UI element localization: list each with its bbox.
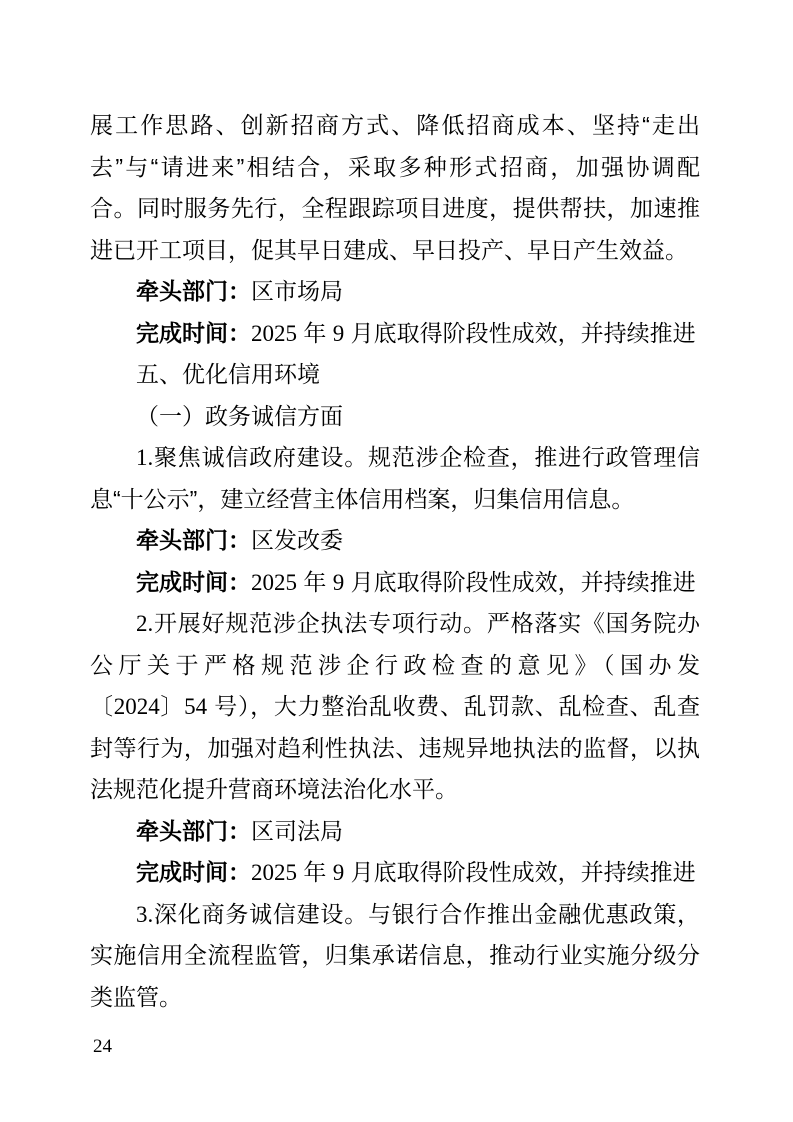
- text-run: 公厅关于严格规范涉企行政检查的意见》（国办发: [90, 652, 700, 678]
- numeral: 1.: [136, 445, 153, 470]
- numeral: 2025: [251, 860, 297, 885]
- text-line: 1.聚焦诚信政府建设。规范涉企检查，推进行政管理信: [90, 437, 700, 479]
- text-run: 年: [297, 320, 333, 346]
- text-line: 合。同时服务先行，全程跟踪项目进度，提供帮扶，加速推: [90, 188, 700, 230]
- numeral: 2.: [136, 611, 153, 636]
- text-run: 区司法局: [251, 818, 343, 844]
- text-run: 类监管。: [90, 984, 182, 1010]
- text-run: 月底取得阶段性成效，并持续推进: [344, 320, 695, 346]
- field-label: 完成时间：: [136, 859, 251, 885]
- text-line: 公厅关于严格规范涉企行政检查的意见》（国办发: [90, 645, 700, 687]
- text-line: 封等行为，加强对趋利性执法、违规异地执法的监督，以执: [90, 728, 700, 770]
- numeral: 3.: [136, 902, 153, 927]
- text-run: 号），大力整治乱收费、乱罚款、乱检查、乱查: [207, 693, 700, 719]
- numeral: 2025: [251, 321, 297, 346]
- text-line: 息“十公示”，建立经营主体信用档案，归集信用信息。: [90, 479, 700, 521]
- text-run: 进已开工项目，促其早日建成、早日投产、早日产生效益。: [90, 237, 688, 263]
- text-run: 〕: [160, 693, 184, 719]
- document-body: 展工作思路、创新招商方式、降低招商成本、坚持“走出去”与“请进来”相结合，采取多…: [90, 105, 700, 1018]
- text-line: 牵头部门：区司法局: [90, 811, 700, 853]
- text-line: 牵头部门：区发改委: [90, 520, 700, 562]
- text-run: 合。同时服务先行，全程跟踪项目进度，提供帮扶，加速推: [90, 195, 700, 221]
- text-run: 〔: [90, 693, 114, 719]
- field-label: 完成时间：: [136, 320, 251, 346]
- numeral: 54: [184, 694, 207, 719]
- text-run: 展工作思路、创新招商方式、降低招商成本、坚持“走出: [90, 112, 700, 138]
- document-page: 展工作思路、创新招商方式、降低招商成本、坚持“走出去”与“请进来”相结合，采取多…: [0, 0, 793, 1122]
- field-label: 牵头部门：: [136, 527, 251, 553]
- text-line: 法规范化提升营商环境法治化水平。: [90, 769, 700, 811]
- text-line: 2.开展好规范涉企执法专项行动。严格落实《国务院办: [90, 603, 700, 645]
- text-line: （一）政务诚信方面: [90, 396, 700, 438]
- field-label: 牵头部门：: [136, 278, 251, 304]
- text-run: 区市场局: [251, 278, 343, 304]
- text-run: 月底取得阶段性成效，并持续推进: [344, 569, 695, 595]
- page-number: 24: [93, 1036, 112, 1058]
- text-run: 去”与“请进来”相结合，采取多种形式招商，加强协调配: [90, 154, 700, 180]
- text-run: 区发改委: [251, 527, 343, 553]
- numeral: 9: [333, 321, 345, 346]
- text-line: 进已开工项目，促其早日建成、早日投产、早日产生效益。: [90, 230, 700, 272]
- text-line: 牵头部门：区市场局: [90, 271, 700, 313]
- text-line: 〔2024〕54 号），大力整治乱收费、乱罚款、乱检查、乱查: [90, 686, 700, 728]
- text-line: 展工作思路、创新招商方式、降低招商成本、坚持“走出: [90, 105, 700, 147]
- text-run: 开展好规范涉企执法专项行动。严格落实《国务院办: [153, 610, 700, 636]
- numeral: 2025: [251, 570, 297, 595]
- text-run: 封等行为，加强对趋利性执法、违规异地执法的监督，以执: [90, 735, 700, 761]
- text-line: 3.深化商务诚信建设。与银行合作推出金融优惠政策，: [90, 894, 700, 936]
- text-run: 法规范化提升营商环境法治化水平。: [90, 776, 458, 802]
- text-line: 完成时间：2025 年 9 月底取得阶段性成效，并持续推进: [90, 313, 700, 355]
- text-run: 年: [297, 859, 333, 885]
- numeral: 2024: [114, 694, 160, 719]
- text-line: 类监管。: [90, 977, 700, 1019]
- text-line: 五、优化信用环境: [90, 354, 700, 396]
- text-run: 五、优化信用环境: [136, 361, 320, 387]
- text-line: 完成时间：2025 年 9 月底取得阶段性成效，并持续推进: [90, 852, 700, 894]
- text-run: 年: [297, 569, 333, 595]
- text-run: （一）政务诚信方面: [136, 403, 343, 429]
- text-run: 聚焦诚信政府建设。规范涉企检查，推进行政管理信: [153, 444, 700, 470]
- text-line: 完成时间：2025 年 9 月底取得阶段性成效，并持续推进: [90, 562, 700, 604]
- field-label: 完成时间：: [136, 569, 251, 595]
- text-run: 实施信用全流程监管，归集承诺信息，推动行业实施分级分: [90, 942, 700, 968]
- text-run: 月底取得阶段性成效，并持续推进: [344, 859, 695, 885]
- text-line: 去”与“请进来”相结合，采取多种形式招商，加强协调配: [90, 147, 700, 189]
- field-label: 牵头部门：: [136, 818, 251, 844]
- text-line: 实施信用全流程监管，归集承诺信息，推动行业实施分级分: [90, 935, 700, 977]
- text-run: 息“十公示”，建立经营主体信用档案，归集信用信息。: [90, 486, 634, 512]
- text-run: 深化商务诚信建设。与银行合作推出金融优惠政策，: [153, 901, 700, 927]
- numeral: 9: [333, 860, 345, 885]
- numeral: 9: [333, 570, 345, 595]
